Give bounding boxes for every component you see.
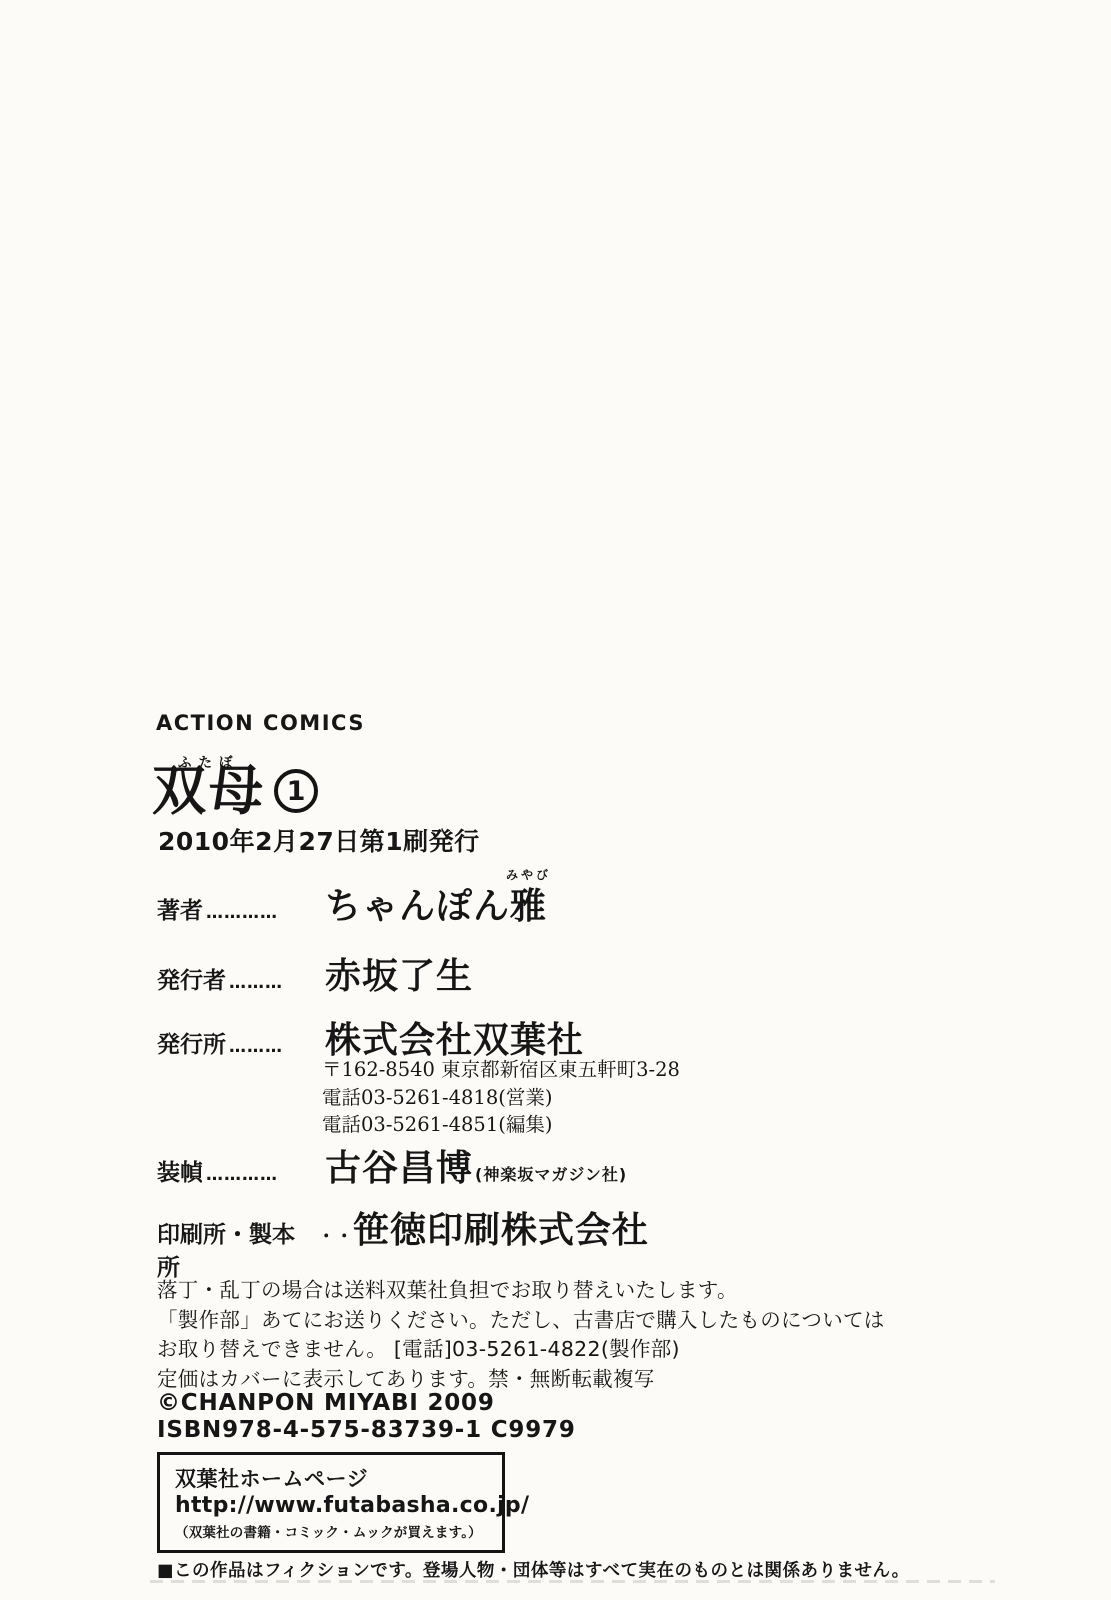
credit-label-publisher: 発行所 <box>157 1026 226 1059</box>
publisher-phone-editorial: 電話03-5261-4851(編集) <box>322 1111 680 1139</box>
notice-line: 落丁・乱丁の場合は送料双葉社負担でお取り替えいたします。 <box>157 1276 885 1306</box>
homepage-title: 双葉社ホームページ <box>175 1463 490 1493</box>
author-name-ruby-base: 雅みやび <box>510 878 547 929</box>
volume-badge: 1 <box>274 769 318 813</box>
publisher-phone-sales: 電話03-5261-4818(営業) <box>322 1084 680 1112</box>
credit-value-design: 古谷昌博(神楽坂マガジン社) <box>325 1140 627 1191</box>
colophon-page: ACTION COMICS ふたぼ 双母 1 2010年2月27日第1刷発行 著… <box>0 0 1111 1600</box>
homepage-url: http://www.futabasha.co.jp/ <box>175 1493 490 1518</box>
credit-value-author: ちゃんぽん雅みやび <box>325 878 547 929</box>
homepage-note: （双葉社の書籍・コミック・ムックが買えます。） <box>175 1521 490 1541</box>
designer-affiliation: (神楽坂マガジン社) <box>475 1165 627 1184</box>
credit-label-author: 著者 <box>157 892 203 925</box>
publisher-details: 〒162-8540 東京都新宿区東五軒町3-28 電話03-5261-4818(… <box>322 1056 680 1139</box>
homepage-box: 双葉社ホームページ http://www.futabasha.co.jp/ （双… <box>157 1452 505 1553</box>
credit-value-publisher-person: 赤坂了生 <box>325 948 473 999</box>
credit-label-printer: 印刷所・製本所 <box>157 1216 315 1282</box>
credit-value-printer: 笹徳印刷株式会社 <box>353 1202 649 1253</box>
dot-leader: ・・ <box>318 1222 353 1247</box>
book-title: 双母 <box>152 764 266 818</box>
credit-label-publisher-person: 発行者 <box>157 962 226 995</box>
credit-row-design: 装幀 ………… 古谷昌博(神楽坂マガジン社) <box>157 1140 627 1191</box>
author-name-furigana: みやび <box>506 866 551 883</box>
designer-name: 古谷昌博 <box>325 1148 473 1189</box>
notice-line: 「製作部」あてにお送りください。ただし、古書店で購入したものについては <box>157 1306 885 1336</box>
return-policy-notice: 落丁・乱丁の場合は送料双葉社負担でお取り替えいたします。 「製作部」あてにお送り… <box>157 1276 885 1394</box>
credit-label-design: 装幀 <box>157 1154 203 1187</box>
edition-line: 2010年2月27日第1刷発行 <box>158 822 480 858</box>
notice-line: お取り替えできません。 [電話]03-5261-4822(製作部) <box>157 1335 885 1365</box>
author-name-main: ちゃんぽん <box>325 886 510 927</box>
isbn-line: ISBN978-4-575-83739-1 C9979 <box>157 1417 576 1443</box>
book-title-row: 双母 1 <box>152 764 318 818</box>
copyright-line: ©CHANPON MIYABI 2009 <box>157 1390 495 1416</box>
publisher-address: 〒162-8540 東京都新宿区東五軒町3-28 <box>322 1056 680 1084</box>
imprint-label: ACTION COMICS <box>156 711 365 735</box>
credit-row-author: 著者 ………… ちゃんぽん雅みやび <box>157 878 547 929</box>
credit-row-publisher-person: 発行者 ……… 赤坂了生 <box>157 948 473 999</box>
dot-leader: ……… <box>229 1037 283 1057</box>
dot-leader: ………… <box>206 1165 278 1185</box>
dot-leader: ………… <box>206 903 278 923</box>
dot-leader: ……… <box>229 973 283 993</box>
scan-artifact-cropped-line <box>150 1580 995 1583</box>
fiction-disclaimer: ■この作品はフィクションです。登場人物・団体等はすべて実在のものとは関係ありませ… <box>157 1557 1017 1582</box>
credit-row-printer: 印刷所・製本所 ・・ 笹徳印刷株式会社 <box>157 1202 649 1282</box>
author-name-kanji: 雅 <box>510 886 547 927</box>
